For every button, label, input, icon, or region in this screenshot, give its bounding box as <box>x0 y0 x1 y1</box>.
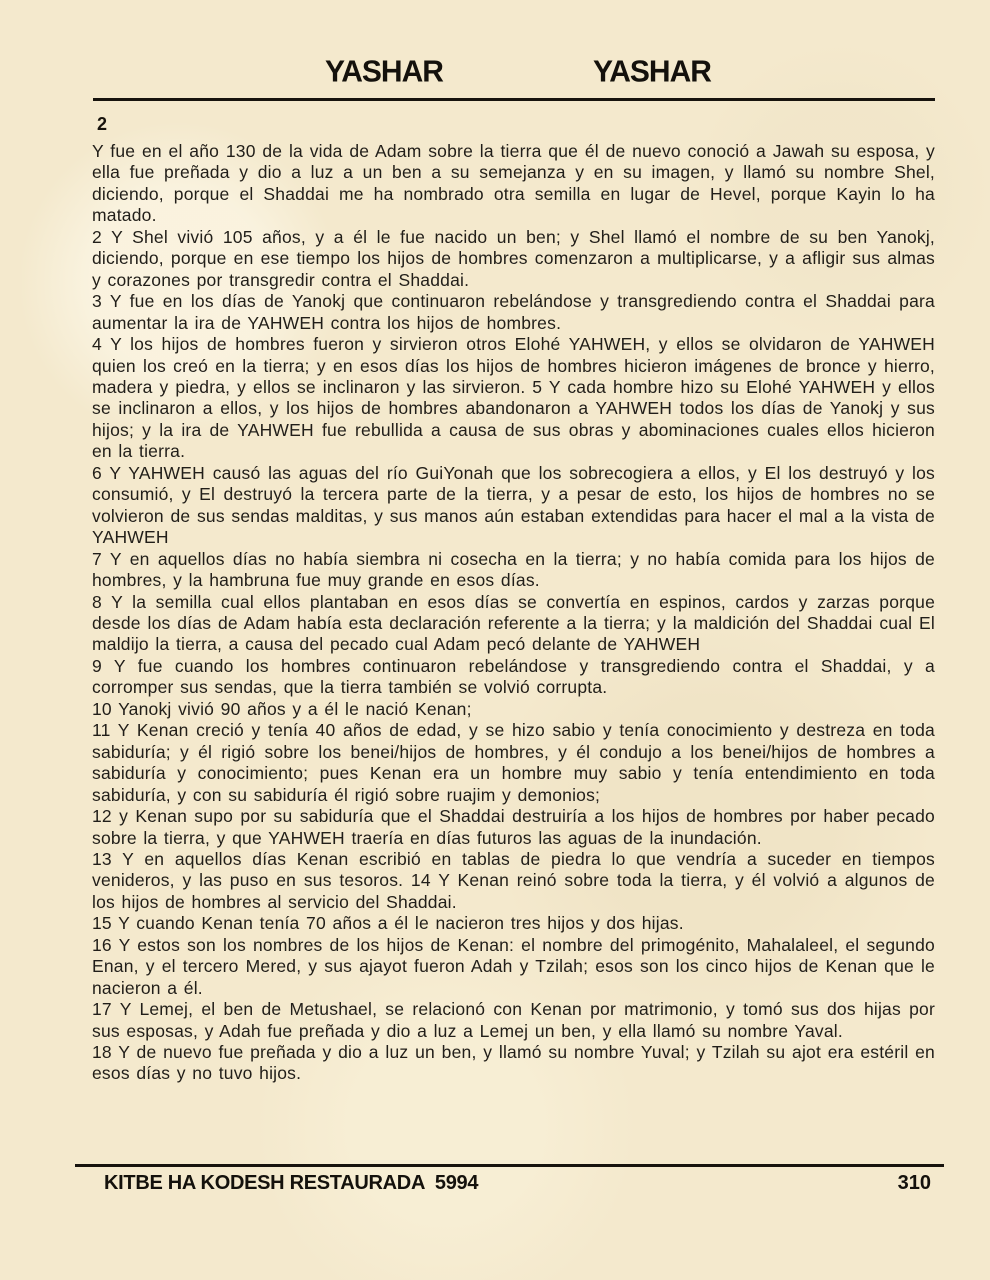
footer-rule <box>75 1164 944 1167</box>
verse-p15: 15 Y cuando Kenan tenía 70 años a él le … <box>92 913 935 934</box>
verse-p17: 17 Y Lemej, el ben de Metushael, se rela… <box>92 999 935 1042</box>
verse-p4: 4 Y los hijos de hombres fueron y sirvie… <box>92 334 935 463</box>
body-text: Y fue en el año 130 de la vida de Adam s… <box>92 141 935 1085</box>
verse-p12: 12 y Kenan supo por su sabiduría que el … <box>92 806 935 849</box>
chapter-number: 2 <box>97 114 107 135</box>
verse-p11: 11 Y Kenan creció y tenía 40 años de eda… <box>92 720 935 806</box>
running-head-left: YASHAR <box>325 55 443 90</box>
verse-p7: 7 Y en aquellos días no había siembra ni… <box>92 549 935 592</box>
running-head-right: YASHAR <box>593 55 711 90</box>
footer-book-title: KITBE HA KODESH RESTAURADA 5994 <box>104 1172 478 1195</box>
verse-p6: 6 Y YAHWEH causó las aguas del río GuiYo… <box>92 463 935 549</box>
document-page: YASHAR YASHAR 2 Y fue en el año 130 de l… <box>0 0 990 1280</box>
verse-p2: 2 Y Shel vivió 105 años, y a él le fue n… <box>92 227 935 291</box>
verse-p10: 10 Yanokj vivió 90 años y a él le nació … <box>92 699 935 720</box>
verse-p1: Y fue en el año 130 de la vida de Adam s… <box>92 141 935 227</box>
verse-p13: 13 Y en aquellos días Kenan escribió en … <box>92 849 935 913</box>
footer-page-number: 310 <box>898 1172 931 1195</box>
verse-p9: 9 Y fue cuando los hombres continuaron r… <box>92 656 935 699</box>
verse-p18: 18 Y de nuevo fue preñada y dio a luz un… <box>92 1042 935 1085</box>
verse-p16: 16 Y estos son los nombres de los hijos … <box>92 935 935 999</box>
header-rule <box>93 98 935 101</box>
verse-p8: 8 Y la semilla cual ellos plantaban en e… <box>92 592 935 656</box>
verse-p3: 3 Y fue en los días de Yanokj que contin… <box>92 291 935 334</box>
